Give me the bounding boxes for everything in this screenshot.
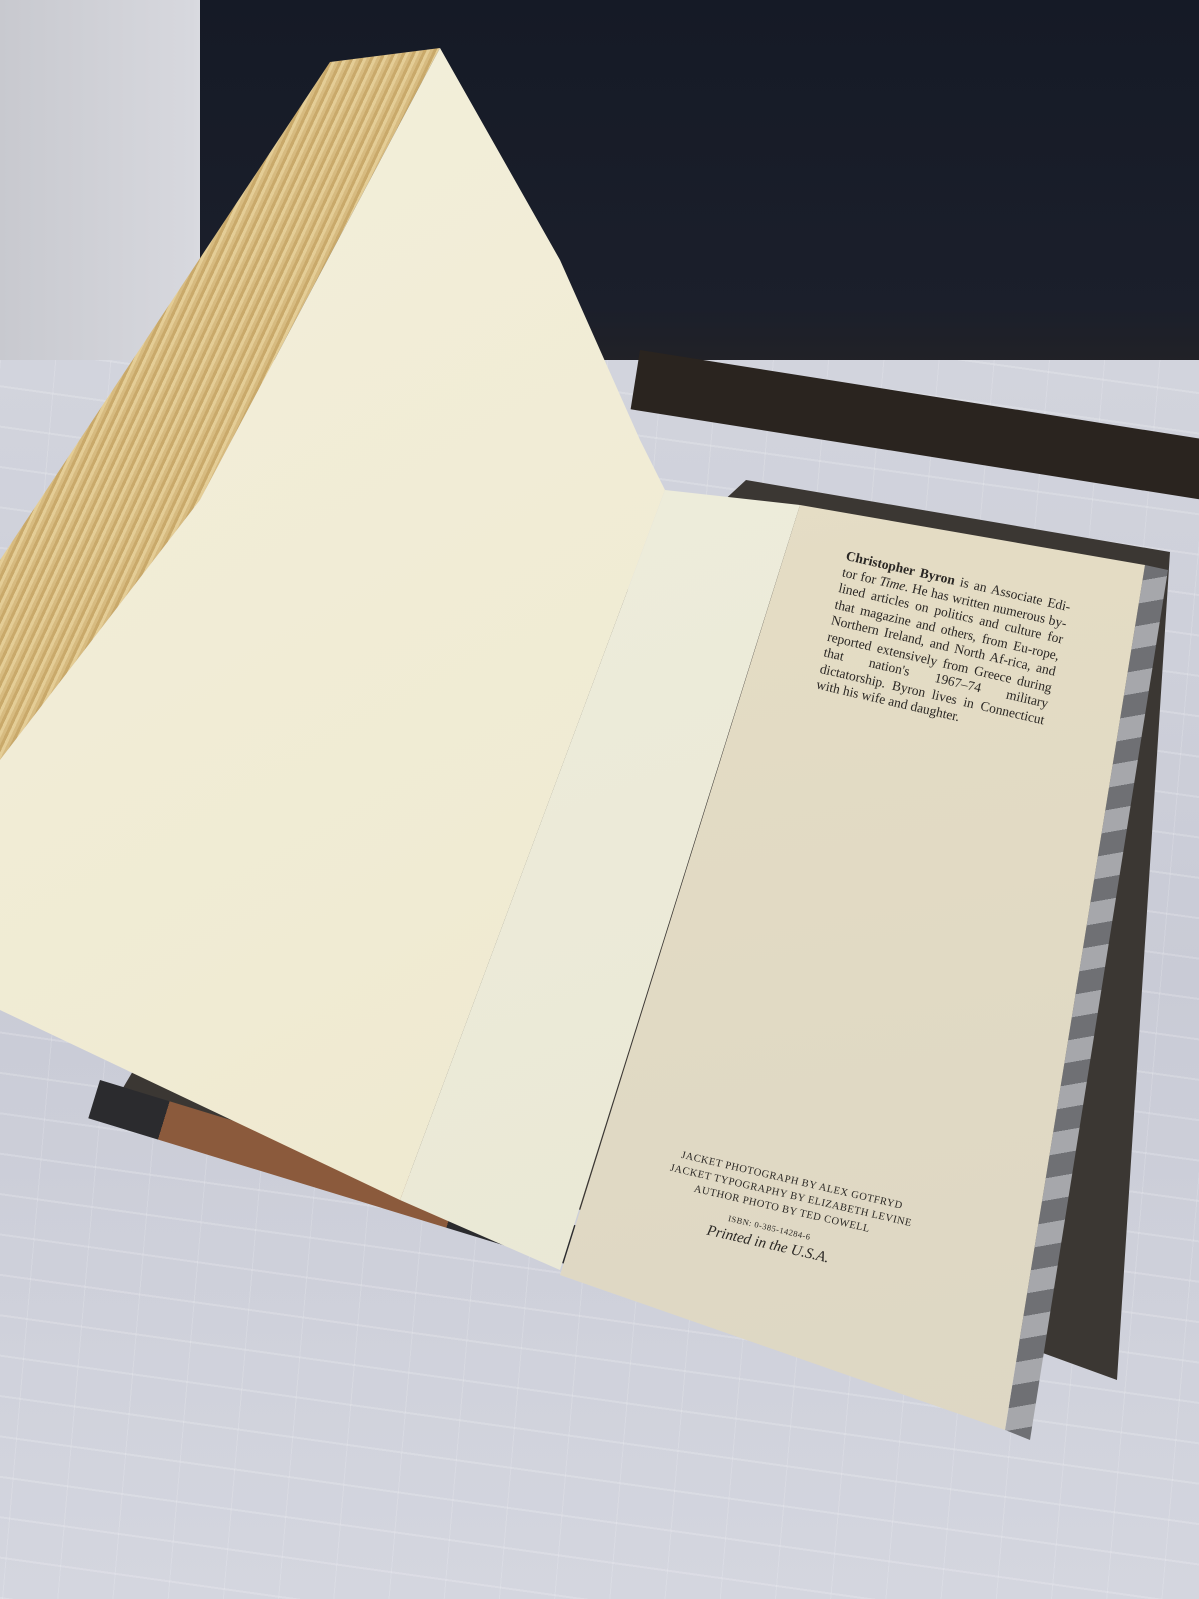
photo-scene: Christopher Byron is an Associate Edi-to… xyxy=(0,0,1199,1599)
